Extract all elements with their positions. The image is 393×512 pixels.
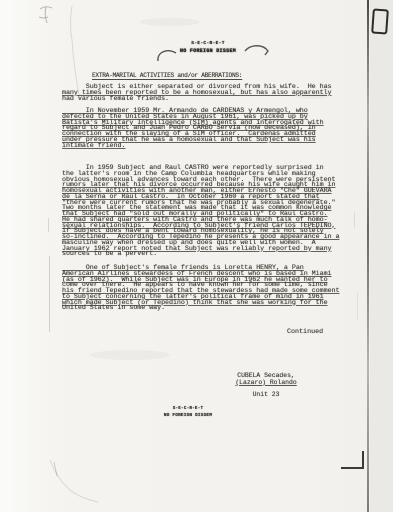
no-foreign-dissem-stamp-text: NO FOREIGN DISSEM: [128, 413, 248, 418]
scan-background-strip: [370, 0, 393, 512]
no-foreign-dissem-stamp-text: NO FOREIGN DISSEM: [148, 48, 268, 54]
fold-line-bottom-left: [46, 458, 100, 506]
corner-bracket-mark: [341, 451, 364, 469]
scan-smudge: [90, 350, 170, 360]
subject-given-names: (Lazaro) Rolando: [206, 380, 326, 387]
classification-stamp-bottom: S-E-C-R-E-T NO FOREIGN DISSEM: [128, 406, 248, 418]
margin-tick: [48, 218, 49, 232]
text-line: United States in some way.: [62, 306, 339, 312]
text-line: had various female friends.: [62, 97, 332, 103]
margin-line: [49, 256, 50, 332]
paragraph-1: Subject is either separated or divorced …: [62, 85, 332, 102]
secret-stamp-text: S-E-C-R-E-T: [148, 41, 268, 46]
scan-smudge: [140, 18, 200, 26]
text-line: intimate friend.: [62, 144, 324, 150]
text-line: sources to be a pervert.: [62, 252, 339, 258]
scanned-document-page: S-E-C-R-E-T NO FOREIGN DISSEM EXTRA-MARI…: [0, 0, 393, 512]
staple-mark: [371, 8, 389, 34]
classification-stamp-top: S-E-C-R-E-T NO FOREIGN DISSEM: [148, 41, 268, 54]
margin-tick-right-2: [357, 292, 358, 320]
subject-name-block: CUBELA Secades, (Lazaro) Rolando Unit 23: [206, 373, 326, 398]
secret-stamp-text: S-E-C-R-E-T: [128, 406, 248, 411]
page-edge-line: [367, 0, 369, 512]
paragraph-2: In November 1959 Mr. Armando de CARDENAS…: [62, 109, 324, 149]
continued-label: Continued: [287, 328, 323, 336]
section-heading: EXTRA-MARITAL ACTIVITIES and/or ABERRATI…: [92, 72, 242, 79]
margin-tick-right: [354, 212, 355, 228]
unit-label: Unit 23: [206, 391, 326, 398]
paragraph-3: In 1959 Subject and Raul CASTRO were rep…: [62, 166, 339, 258]
paragraph-4: One of Subject's female friends is Loret…: [62, 266, 339, 312]
